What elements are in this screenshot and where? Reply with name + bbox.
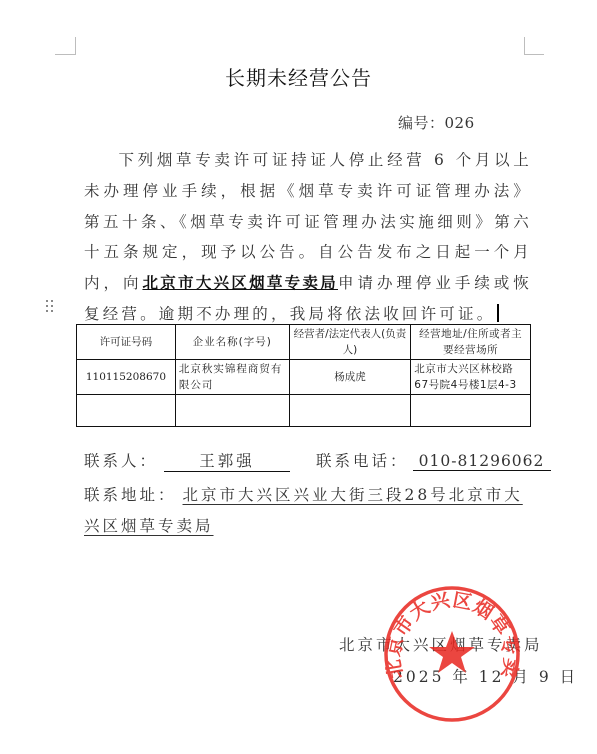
- cell-empty: [77, 395, 176, 427]
- contact-address-line: 联系地址：北京市大兴区兴业大街三段28号北京市大兴区烟草专卖局: [84, 480, 532, 542]
- header-operator: 经营者/法定代表人(负责人): [289, 325, 411, 360]
- cell-company-name: 北京秋实锦程商贸有限公司: [175, 360, 289, 395]
- bureau-name-emphasis: 北京市大兴区烟草专卖局: [142, 274, 338, 292]
- announcement-body[interactable]: 下列烟草专卖许可证持证人停止经营 6 个月以上未办理停业手续，根据《烟草专卖许可…: [84, 145, 532, 330]
- body-part-1: 下列烟草专卖许可证持证人停止经营 6 个月以上未办理停业手续，根据《烟草专卖许可…: [84, 151, 532, 292]
- table-row: [77, 395, 531, 427]
- contact-phone-label: 联系电话：: [316, 452, 409, 470]
- table-drag-handle-icon[interactable]: [46, 300, 54, 314]
- document-number: 编号：026: [398, 112, 475, 133]
- cell-empty: [411, 395, 531, 427]
- cell-empty: [175, 395, 289, 427]
- header-company-name: 企业名称(字号): [175, 325, 289, 360]
- number-value: 026: [445, 114, 475, 132]
- table-header-row: 许可证号码 企业名称(字号) 经营者/法定代表人(负责人) 经营地址/住所或者主…: [77, 325, 531, 360]
- signature-date: 2025 年 12 月 9 日: [393, 665, 578, 687]
- cell-address: 北京市大兴区林校路67号院4号楼1层4-3: [411, 360, 531, 395]
- text-cursor: [497, 304, 499, 322]
- header-license-number: 许可证号码: [77, 325, 176, 360]
- contact-person-phone-line: 联系人：王郭强联系电话：010-81296062: [84, 449, 551, 472]
- signature-organization: 北京市大兴区烟草专卖局: [339, 633, 543, 655]
- page-corner-mark-right: [524, 37, 544, 55]
- page-corner-mark-left: [55, 37, 76, 55]
- cell-license-number: 110115208670: [77, 360, 176, 395]
- number-label: 编号：: [398, 114, 445, 132]
- header-address: 经营地址/住所或者主要经营场所: [411, 325, 531, 360]
- document-title: 长期未经营公告: [0, 62, 597, 91]
- contact-person-value: 王郭强: [164, 449, 290, 472]
- contact-person-label: 联系人：: [84, 452, 158, 470]
- license-table[interactable]: 许可证号码 企业名称(字号) 经营者/法定代表人(负责人) 经营地址/住所或者主…: [76, 324, 531, 427]
- cell-operator: 杨成虎: [289, 360, 411, 395]
- contact-address-label: 联系地址：: [84, 486, 177, 504]
- contact-phone-value: 010-81296062: [413, 452, 551, 471]
- table-row: 110115208670 北京秋实锦程商贸有限公司 杨成虎 北京市大兴区林校路6…: [77, 360, 531, 395]
- cell-empty: [289, 395, 411, 427]
